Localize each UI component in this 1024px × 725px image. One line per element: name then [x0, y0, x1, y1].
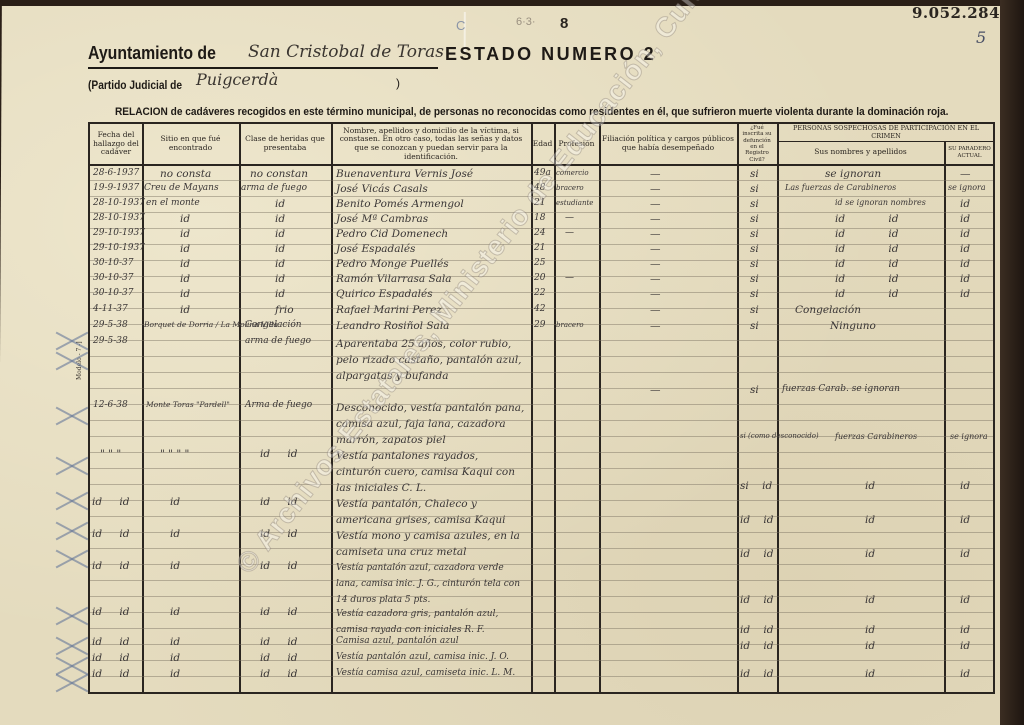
crossmark-icon — [50, 635, 90, 657]
cell-filiacion: — — [650, 183, 661, 195]
cell-sospechosos: id — [865, 480, 875, 492]
column-divider — [142, 124, 144, 692]
partido-value: Puigcerdà — [196, 70, 396, 89]
header-sospechosas-nombres: Sus nombres y apellidos — [777, 141, 944, 164]
header-sitio: Sitio en que fué encontrado — [142, 124, 239, 164]
header-registro: ¿Fué inscrita su defunción en el Registr… — [737, 124, 777, 164]
cell-paradero: id — [960, 273, 970, 285]
cell-fecha: id id — [92, 606, 130, 618]
crossmark-icon — [50, 548, 90, 570]
crossmark-icon — [50, 490, 90, 512]
cell-sospechosos: id — [865, 514, 875, 526]
column-divider — [944, 141, 946, 692]
column-divider — [599, 124, 601, 692]
cell-registro: si — [750, 273, 759, 285]
cell-profesion: — — [565, 273, 574, 283]
cell-filiacion: — — [650, 304, 661, 316]
cell-registro: si id — [740, 480, 772, 492]
cell-heridas: id — [275, 258, 285, 270]
cell-paradero: id — [960, 213, 970, 225]
header-heridas: Clase de heridas que presentaba — [239, 124, 331, 164]
cell-registro: si — [750, 304, 759, 316]
cell-nombre: Ramón Vilarrasa Sala — [336, 273, 452, 285]
cell-filiacion: — — [650, 384, 661, 396]
column-divider — [777, 124, 779, 692]
header-fecha: Fecha del hallazgo del cadáver — [90, 124, 142, 164]
cell-sospechosos: id — [865, 640, 875, 652]
cell-sospechosos: fuerzas Carabineros — [835, 432, 917, 441]
crossmark-icon — [50, 405, 90, 427]
column-divider — [554, 124, 556, 692]
cell-nombre: Vestía pantalones rayados, cinturón cuer… — [336, 448, 526, 496]
cell-sitio: id — [170, 606, 180, 618]
cell-sospechosos: id — [865, 548, 875, 560]
cell-registro: si — [750, 384, 759, 396]
cell-fecha: " " " — [100, 448, 121, 460]
column-divider — [737, 124, 739, 692]
cell-sitio: id — [180, 258, 190, 270]
cell-sospechosos: id id — [835, 258, 899, 270]
cell-sitio: Monte Toras "Pardell" — [146, 400, 230, 409]
cell-sospechosos: Ninguno — [830, 320, 876, 332]
cell-sospechosos: id id — [835, 288, 899, 300]
cell-sitio: id — [170, 528, 180, 540]
cell-nombre: Vestía pantalón azul, camisa inic. J. O. — [336, 652, 509, 662]
cell-sitio: id — [170, 652, 180, 664]
cell-nombre: Vestía pantalón azul, cazadora verde lan… — [336, 560, 526, 608]
cell-fecha: 29-10-1937 — [93, 243, 145, 253]
header-subdivider — [777, 141, 993, 142]
cell-registro: id id — [740, 594, 774, 606]
cell-profesion: — — [565, 213, 574, 223]
cell-filiacion: — — [650, 198, 661, 210]
cell-sospechosos: id id — [835, 273, 899, 285]
cell-paradero: id — [960, 624, 970, 636]
cell-registro: si (como desconocido) — [740, 432, 819, 440]
header-paradero: SU PARADERO ACTUAL — [944, 141, 995, 164]
archive-stamp-number: 9.052.284 — [912, 4, 1000, 22]
cell-sitio: id — [180, 273, 190, 285]
cell-edad: 29 — [534, 320, 545, 330]
cell-paradero: id — [960, 514, 970, 526]
cell-sospechosos: id — [865, 594, 875, 606]
cell-filiacion: — — [650, 243, 661, 255]
cell-heridas: id id — [260, 636, 298, 648]
cell-registro: id id — [740, 624, 774, 636]
cell-sospechosos: id — [865, 668, 875, 680]
cell-edad: 25 — [534, 258, 545, 268]
title-row: Ayuntamiento de San Cristobal de Toras E… — [88, 40, 688, 70]
cell-fecha: 28-10-1937 — [93, 198, 145, 208]
cell-fecha: 30-10-37 — [93, 288, 133, 298]
cell-nombre: Buenaventura Vernis José — [336, 168, 473, 180]
cell-nombre: Quirico Espadalés — [336, 288, 433, 300]
cell-fecha: 19-9-1937 — [93, 183, 139, 193]
crossmark-icon — [50, 672, 90, 694]
cell-registro: id id — [740, 668, 774, 680]
cell-sospechosos: id id — [835, 213, 899, 225]
crossmark-icon — [50, 350, 90, 372]
cell-sospechosos: Congelación — [795, 304, 861, 316]
cell-heridas: id — [275, 228, 285, 240]
cell-heridas: id id — [260, 448, 298, 460]
crossmark-icon — [50, 520, 90, 542]
cell-fecha: 28-10-1937 — [93, 213, 145, 223]
cell-sitio: en el monte — [146, 198, 200, 208]
cell-paradero: id — [960, 228, 970, 240]
cell-sitio: id — [180, 213, 190, 225]
cell-heridas: id — [275, 243, 285, 255]
cell-sospechosos: id se ignoran nombres — [835, 198, 926, 207]
cell-registro: si — [750, 198, 759, 210]
cell-heridas: Congelación — [245, 320, 302, 330]
cell-registro: id id — [740, 514, 774, 526]
cell-nombre: José Mª Cambras — [336, 213, 428, 225]
cell-nombre: Pedro Monge Puellés — [336, 258, 449, 270]
folio-number: 5 — [976, 28, 986, 47]
partido-close-paren: ) — [396, 76, 400, 90]
cell-fecha: 30-10-37 — [93, 258, 133, 268]
cell-sospechosos: fuerzas Carab. se ignoran — [782, 384, 900, 394]
cell-nombre: José Espadalés — [336, 243, 415, 255]
column-divider — [239, 124, 241, 692]
cell-heridas: arma de fuego — [241, 183, 307, 193]
cell-nombre: Vestía cazadora gris, pantalón azul, cam… — [336, 606, 526, 638]
ayuntamiento-label: Ayuntamiento de — [88, 43, 216, 64]
cell-filiacion: — — [650, 228, 661, 240]
cell-nombre: Vestía camisa azul, camiseta inic. L. M. — [336, 668, 515, 678]
cell-nombre: Pedro Cid Domenech — [336, 228, 448, 240]
cell-profesion: — — [565, 228, 574, 238]
header-nombre: Nombre, apellidos y domicilio de la víct… — [331, 124, 531, 164]
cell-sitio: " " " " — [160, 448, 189, 460]
cell-filiacion: — — [650, 320, 661, 332]
cell-sitio: id — [170, 560, 180, 572]
cell-paradero: id — [960, 480, 970, 492]
cell-paradero: id — [960, 198, 970, 210]
cell-sitio: id — [180, 304, 190, 316]
margin-mark-faint: 6·3· — [516, 16, 536, 28]
cell-heridas: id id — [260, 652, 298, 664]
cell-nombre: Vestía pantalón, Chaleco y americana gri… — [336, 496, 526, 528]
cell-paradero: se ignora — [948, 183, 986, 192]
cell-heridas: id — [275, 213, 285, 225]
cell-paradero: id — [960, 640, 970, 652]
cell-registro: si — [750, 213, 759, 225]
partido-row: (Partido Judicial de Puigcerdà ) — [88, 76, 199, 94]
cell-edad: 42 — [534, 304, 545, 314]
header-filiacion: Filiación política y cargos públicos que… — [599, 124, 737, 164]
crossmark-icon — [50, 605, 90, 627]
cell-registro: si — [750, 288, 759, 300]
margin-mark-c: C — [456, 18, 465, 33]
crossmark-icon — [50, 455, 90, 477]
cell-sitio: id — [170, 668, 180, 680]
cell-registro: si — [750, 183, 759, 195]
cell-registro: si — [750, 168, 759, 180]
cell-registro: si — [750, 258, 759, 270]
margin-mark-8: 8 — [560, 15, 568, 32]
cell-fecha: 29-10-1937 — [93, 228, 145, 238]
cell-heridas: id — [275, 288, 285, 300]
cell-heridas: Arma de fuego — [245, 400, 312, 410]
cell-registro: id id — [740, 548, 774, 560]
cell-sitio: id — [180, 243, 190, 255]
relacion-heading: RELACION de cadáveres recogidos en este … — [115, 106, 948, 118]
partido-label: (Partido Judicial de — [88, 78, 182, 92]
cell-fecha: 4-11-37 — [93, 304, 128, 314]
cell-nombre: Vestía mono y camisa azules, en la camis… — [336, 528, 526, 560]
cell-fecha: id id — [92, 560, 130, 572]
cell-sitio: id — [180, 288, 190, 300]
ayuntamiento-value: San Cristobal de Toras — [248, 42, 444, 62]
cell-filiacion: — — [650, 168, 661, 180]
cell-paradero: id — [960, 243, 970, 255]
cell-sospechosos: se ignoran — [825, 168, 881, 180]
cell-fecha: id id — [92, 668, 130, 680]
cell-filiacion: — — [650, 273, 661, 285]
cell-fecha: id id — [92, 496, 130, 508]
cell-paradero: id — [960, 288, 970, 300]
cell-nombre: José Vicás Casals — [336, 183, 428, 195]
cell-registro: si — [750, 243, 759, 255]
cell-heridas: id id — [260, 668, 298, 680]
cell-nombre: Camisa azul, pantalón azul — [336, 636, 459, 646]
cell-fecha: 12-6-38 — [93, 400, 128, 410]
cell-paradero: se ignora — [950, 432, 988, 441]
title-underline — [88, 67, 438, 69]
cell-sospechosos: id id — [835, 228, 899, 240]
cell-sospechosos: id id — [835, 243, 899, 255]
cell-profesion: bracero — [556, 321, 584, 329]
cell-fecha: id id — [92, 636, 130, 648]
cell-sospechosos: Las fuerzas de Carabineros — [785, 183, 896, 192]
cell-fecha: 29-5-38 — [93, 320, 128, 330]
cell-paradero: id — [960, 668, 970, 680]
cell-filiacion: — — [650, 213, 661, 225]
cell-fecha: id id — [92, 652, 130, 664]
cell-fecha: id id — [92, 528, 130, 540]
cell-fecha: 28-6-1937 — [93, 168, 139, 178]
cell-heridas: frio — [275, 304, 294, 316]
cell-fecha: 29-5-38 — [93, 336, 128, 346]
cell-filiacion: — — [650, 258, 661, 270]
cell-nombre: Benito Pomés Armengol — [336, 198, 464, 210]
cell-registro: si — [750, 320, 759, 332]
cell-sitio: id — [180, 228, 190, 240]
cell-fecha: 30-10-37 — [93, 273, 133, 283]
cell-heridas: arma de fuego — [245, 336, 311, 346]
cell-sospechosos: id — [865, 624, 875, 636]
cell-sitio: no consta — [160, 168, 211, 180]
cell-edad: 20 — [534, 273, 545, 283]
cell-paradero: id — [960, 548, 970, 560]
header-sospechosas-group: PERSONAS SOSPECHOSAS DE PARTICIPACIÓN EN… — [777, 124, 995, 141]
cell-sitio: id — [170, 496, 180, 508]
cell-edad: 22 — [534, 288, 545, 298]
background-edge — [1000, 0, 1024, 725]
cell-edad: 21 — [534, 243, 545, 253]
cell-sitio: id — [170, 636, 180, 648]
cell-heridas: id — [275, 198, 285, 210]
cell-heridas: id id — [260, 606, 298, 618]
cell-heridas: id — [275, 273, 285, 285]
cell-sitio: Creu de Mayans — [144, 183, 219, 193]
cell-filiacion: — — [650, 288, 661, 300]
cell-registro: si — [750, 228, 759, 240]
cell-heridas: no constan — [250, 168, 308, 180]
cell-paradero: id — [960, 594, 970, 606]
cell-paradero: — — [960, 168, 971, 180]
cell-registro: id id — [740, 640, 774, 652]
crossmark-icon — [50, 330, 90, 352]
column-divider — [331, 124, 333, 692]
cell-profesion: estudiante — [556, 199, 593, 207]
cell-paradero: id — [960, 258, 970, 270]
cell-edad: 24 — [534, 228, 545, 238]
